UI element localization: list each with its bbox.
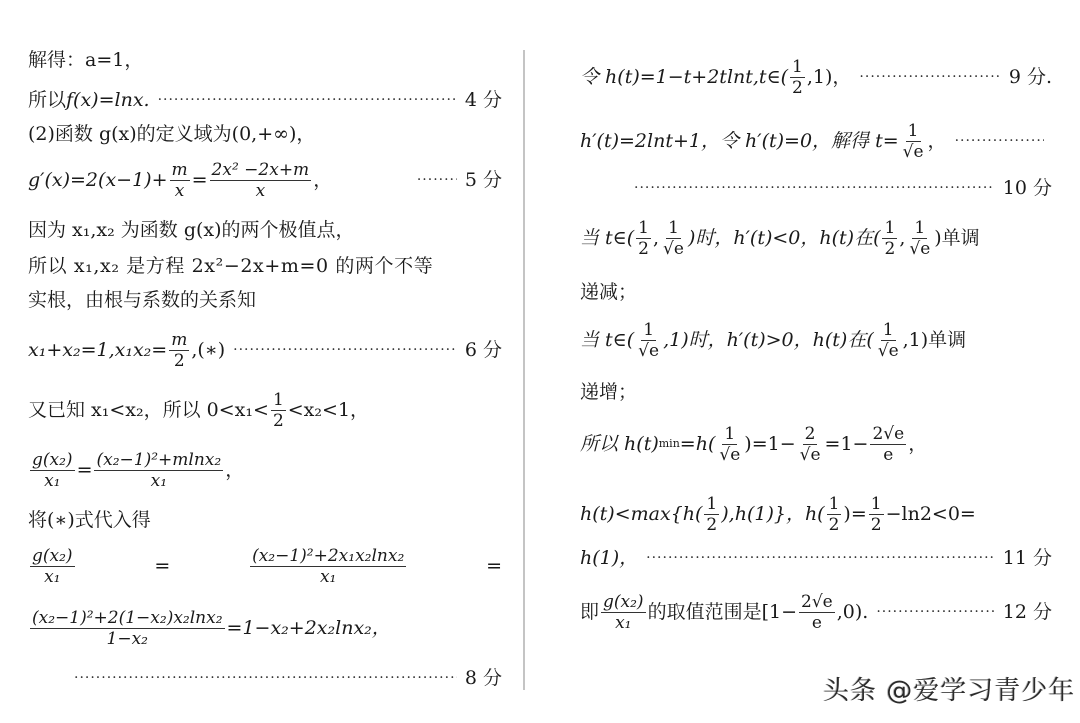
numerator: 1 (271, 390, 286, 411)
solution-line-f-of-x: 所以 f(x)=lnx. ···························… (28, 88, 502, 112)
math-expression: h(1)， (580, 546, 638, 570)
fraction: 1 2 (790, 57, 805, 98)
punctuation: , (653, 226, 659, 250)
fraction: g(x₂) x₁ (601, 592, 646, 633)
text: ,1)， (807, 65, 852, 89)
equals-sign: = (77, 458, 93, 482)
numerator: m (170, 160, 190, 181)
denominator: √e (901, 142, 926, 162)
numerator: 1 (881, 320, 896, 341)
watermark: 头条 @爱学习青少年 (823, 670, 1075, 707)
math-expression: g′(x)=2(x−1)+ (28, 168, 168, 192)
solution-line-increasing-interval: 当 t∈( 1 √e ,1)时，h′(t)>0，h(t)在( 1 √e ,1)单… (580, 316, 1052, 364)
denominator: 2 (271, 411, 286, 431)
score-marker: 9 分. (1009, 65, 1052, 89)
numerator: 2x² −2x+m (210, 160, 312, 181)
text: 递减； (580, 280, 637, 304)
fraction: 1 √e (661, 218, 686, 259)
solution-line-vieta: 实根，由根与系数的关系知 (28, 288, 256, 312)
punctuation: , (899, 226, 905, 250)
denominator: e (810, 613, 824, 633)
text: <x₂<1， (288, 398, 369, 422)
text: 所以 (28, 88, 66, 112)
numerator: 1 (641, 320, 656, 341)
solution-line-sum-product: x₁+x₂=1,x₁x₂= m 2 ,(∗) ·················… (28, 328, 502, 372)
denominator: x₁ (149, 471, 169, 491)
denominator: x (173, 181, 187, 201)
text: 因为 x₁,x₂ 为函数 g(x)的两个极值点， (28, 218, 355, 242)
score-marker: 12 分 (1003, 600, 1052, 624)
denominator: e (881, 445, 895, 465)
math-expression: f(x)=lnx. (66, 88, 150, 112)
numerator: 1 (906, 121, 921, 142)
solution-line-h-min: 所以 h(t) min =h( 1 √e )=1− 2 √e =1− 2√e e… (580, 420, 927, 468)
solution-line-h-max: h(t)<max{h( 1 2 ),h(1)}，h( 1 2 )= 1 2 −l… (580, 490, 1052, 538)
fraction: g(x₂) x₁ (30, 450, 75, 491)
punctuation: ， (313, 168, 332, 192)
solution-line-ratio: g(x₂) x₁ = (x₂−1)²+mlnx₂ x₁ ， (28, 446, 244, 494)
solution-line-domain: (2)函数 g(x)的定义域为(0,+∞)， (28, 122, 315, 146)
dot-leader: ········································… (859, 65, 1000, 89)
numerator: m (169, 330, 189, 351)
equals-sign: = (154, 554, 170, 578)
score-marker: 6 分 (465, 338, 502, 362)
score-marker: 11 分 (1003, 546, 1052, 570)
math-expression: h(t)<max{h( (580, 502, 702, 526)
math-expression: )=1− (744, 432, 795, 456)
solution-line-final-range: 即 g(x₂) x₁ 的取值范围是[1− 2√e e ,0). ········… (580, 588, 1052, 636)
denominator: 2 (882, 239, 897, 259)
fraction: (x₂−1)²+2x₁x₂lnx₂ x₁ (250, 546, 406, 587)
fraction: m 2 (169, 330, 189, 371)
solution-line-ordering: 又已知 x₁<x₂，所以 0<x₁< 1 2 <x₂<1， (28, 388, 369, 432)
fraction: g(x₂) x₁ (30, 546, 75, 587)
math-expression: )= (843, 502, 866, 526)
denominator: √e (636, 341, 661, 361)
numerator: 1 (666, 218, 681, 239)
math-expression: h′(t)=2lnt+1，令 h′(t)=0，解得 t= (580, 129, 899, 153)
punctuation: ， (928, 129, 947, 153)
text: ,0). (837, 600, 869, 624)
denominator: √e (876, 341, 901, 361)
text: 所以 x₁,x₂ 是方程 2x²−2x+m=0 的两个不等 (28, 254, 433, 278)
numerator: g(x₂) (30, 450, 75, 471)
denominator: 2 (790, 78, 805, 98)
denominator: x (254, 181, 268, 201)
solution-line-a-equals-1: 解得：a=1， (28, 48, 143, 72)
math-expression: ),h(1)}，h( (721, 502, 824, 526)
fraction: 1 √e (907, 218, 932, 259)
numerator: 2 (803, 424, 818, 445)
solution-line-score-11: h(1)， ··································… (580, 546, 1052, 570)
solution-line-substituted-ratio: g(x₂) x₁ = (x₂−1)²+2x₁x₂lnx₂ x₁ = (28, 542, 502, 590)
numerator: 1 (869, 494, 884, 515)
dot-leader: ········································… (634, 176, 995, 200)
solution-line-score-10: ········································… (634, 176, 1052, 200)
denominator: x₁ (318, 567, 338, 587)
numerator: g(x₂) (601, 592, 646, 613)
fraction: 1 2 (882, 218, 897, 259)
text: 递增； (580, 380, 637, 404)
numerator: (x₂−1)²+mlnx₂ (94, 450, 223, 471)
solution-line-simplified: (x₂−1)²+2(1−x₂)x₂lnx₂ 1−x₂ =1−x₂+2x₂lnx₂… (28, 604, 391, 652)
fraction: 1 2 (636, 218, 651, 259)
text: ,(∗) (191, 338, 225, 362)
numerator: g(x₂) (30, 546, 75, 567)
math-expression: x₁+x₂=1,x₁x₂= (28, 338, 167, 362)
numerator: 2√e (870, 424, 906, 445)
denominator: 2 (869, 515, 884, 535)
solution-line-decreasing-interval: 当 t∈( 1 2 , 1 √e )时，h′(t)<0，h(t)在( 1 2 ,… (580, 214, 1052, 262)
dot-leader: ········································… (74, 666, 457, 690)
denominator: x₁ (613, 613, 633, 633)
text: 的取值范围是[1− (648, 600, 797, 624)
score-marker: 10 分 (1003, 176, 1052, 200)
fraction: (x₂−1)²+mlnx₂ x₁ (94, 450, 223, 491)
denominator: √e (717, 445, 742, 465)
fraction: 1 2 (869, 494, 884, 535)
solution-line-substitute: 将(∗)式代入得 (28, 508, 151, 532)
dot-leader: ········································… (646, 546, 995, 570)
fraction: 2 √e (798, 424, 823, 465)
math-expression: 当 t∈( (580, 328, 634, 352)
numerator: 1 (827, 494, 842, 515)
denominator: √e (907, 239, 932, 259)
solution-line-h-derivative: h′(t)=2lnt+1，令 h′(t)=0，解得 t= 1 √e ， ····… (580, 118, 1052, 164)
solution-line-score-8: ········································… (74, 666, 502, 690)
column-divider (523, 50, 525, 690)
dot-leader: ········································… (158, 88, 457, 112)
math-expression: ,1)时，h′(t)>0，h(t)在( (663, 328, 874, 352)
equals-sign: = (192, 168, 208, 192)
dot-leader: ········································… (876, 600, 994, 624)
score-marker: 4 分 (465, 88, 502, 112)
text: 解得：a=1， (28, 48, 143, 72)
numerator: 1 (790, 57, 805, 78)
solution-line-quadratic-roots: 所以 x₁,x₂ 是方程 2x²−2x+m=0 的两个不等 (28, 254, 502, 278)
fraction: 1 2 (271, 390, 286, 431)
numerator: 2√e (799, 592, 835, 613)
math-expression: 当 t∈( (580, 226, 634, 250)
math-expression: =1−x₂+2x₂lnx₂， (227, 616, 391, 640)
fraction: 1 2 (827, 494, 842, 535)
numerator: 1 (722, 424, 737, 445)
dot-leader: ········································… (233, 338, 457, 362)
numerator: 1 (912, 218, 927, 239)
math-expression: 所以 h(t) (580, 432, 659, 456)
text: 又已知 x₁<x₂，所以 0<x₁< (28, 398, 269, 422)
numerator: 1 (704, 494, 719, 515)
denominator: √e (798, 445, 823, 465)
fraction: 1 √e (717, 424, 742, 465)
equals-sign: = (486, 554, 502, 578)
denominator: 2 (636, 239, 651, 259)
denominator: 2 (172, 351, 187, 371)
solution-line-extreme-points: 因为 x₁,x₂ 为函数 g(x)的两个极值点， (28, 218, 355, 242)
fraction: 1 2 (704, 494, 719, 535)
text: 实根，由根与系数的关系知 (28, 288, 256, 312)
fraction: 2√e e (870, 424, 906, 465)
score-marker: 8 分 (465, 666, 502, 690)
denominator: 2 (827, 515, 842, 535)
text: 即 (580, 600, 599, 624)
solution-line-decreasing: 递减； (580, 280, 637, 304)
numerator: (x₂−1)²+2x₁x₂lnx₂ (250, 546, 406, 567)
fraction: 1 √e (901, 121, 926, 162)
fraction: m x (170, 160, 190, 201)
denominator: x₁ (42, 471, 62, 491)
fraction: (x₂−1)²+2(1−x₂)x₂lnx₂ 1−x₂ (30, 608, 225, 649)
math-expression: =h( (680, 432, 716, 456)
dot-leader: ········································… (417, 168, 457, 192)
dot-leader: ········································… (955, 129, 1044, 153)
fraction: 2x² −2x+m x (210, 160, 312, 201)
denominator: 1−x₂ (105, 629, 150, 649)
solution-line-increasing: 递增； (580, 380, 637, 404)
denominator: x₁ (42, 567, 62, 587)
fraction: 2√e e (799, 592, 835, 633)
fraction: 1 √e (876, 320, 901, 361)
numerator: 1 (636, 218, 651, 239)
text: (2)函数 g(x)的定义域为(0,+∞)， (28, 122, 315, 146)
fraction: 1 √e (636, 320, 661, 361)
text: )单调 (934, 226, 979, 250)
solution-line-derivative: g′(x)=2(x−1)+ m x = 2x² −2x+m x ， ······… (28, 158, 502, 202)
numerator: (x₂−1)²+2(1−x₂)x₂lnx₂ (30, 608, 225, 629)
score-marker: 5 分 (465, 168, 502, 192)
math-expression: 令 h(t)=1−t+2tlnt,t∈( (580, 65, 788, 89)
solution-line-define-h: 令 h(t)=1−t+2tlnt,t∈( 1 2 ,1)， ··········… (580, 55, 1052, 99)
denominator: √e (661, 239, 686, 259)
numerator: 1 (882, 218, 897, 239)
text: ,1)单调 (903, 328, 967, 352)
punctuation: ， (908, 432, 927, 456)
math-expression: =1− (825, 432, 869, 456)
text: 将(∗)式代入得 (28, 508, 151, 532)
math-expression: )时，h′(t)<0，h(t)在( (688, 226, 881, 250)
subscript: min (659, 432, 680, 456)
denominator: 2 (704, 515, 719, 535)
punctuation: ， (225, 458, 244, 482)
math-expression: −ln2<0= (886, 502, 976, 526)
